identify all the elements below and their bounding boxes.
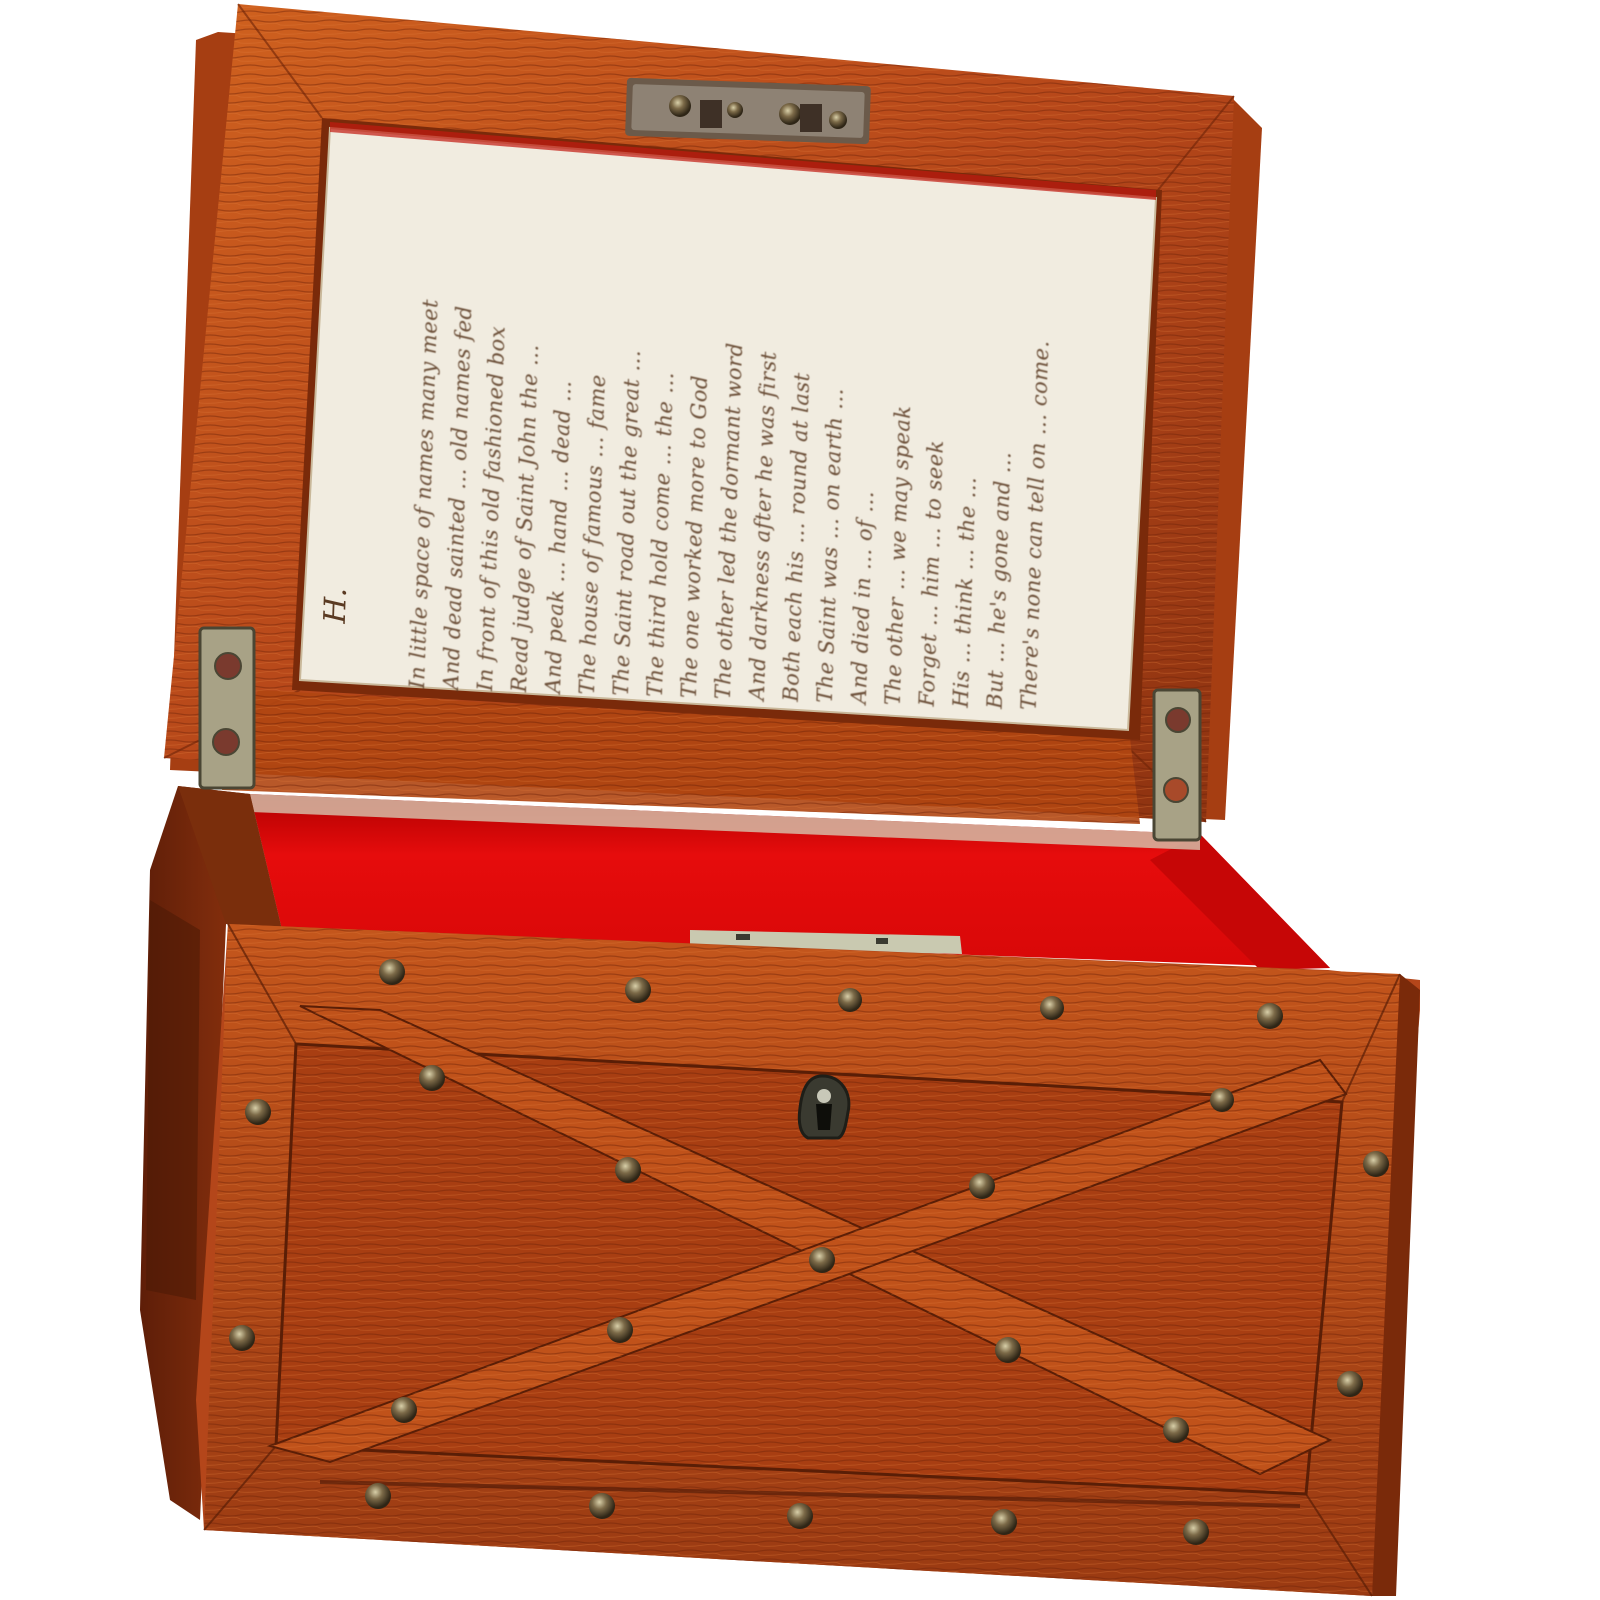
inscription-lines: In little space of names many meet And d… [400,128,1065,710]
lid-inscription: In little space of names many meet And d… [300,128,1160,728]
inscription-signature: H. [318,587,354,624]
antique-box-photo: In little space of names many meet And d… [0,0,1600,1600]
left-hinge [200,628,254,788]
right-hinge [1154,690,1200,840]
keyhole-escutcheon [799,1076,849,1138]
